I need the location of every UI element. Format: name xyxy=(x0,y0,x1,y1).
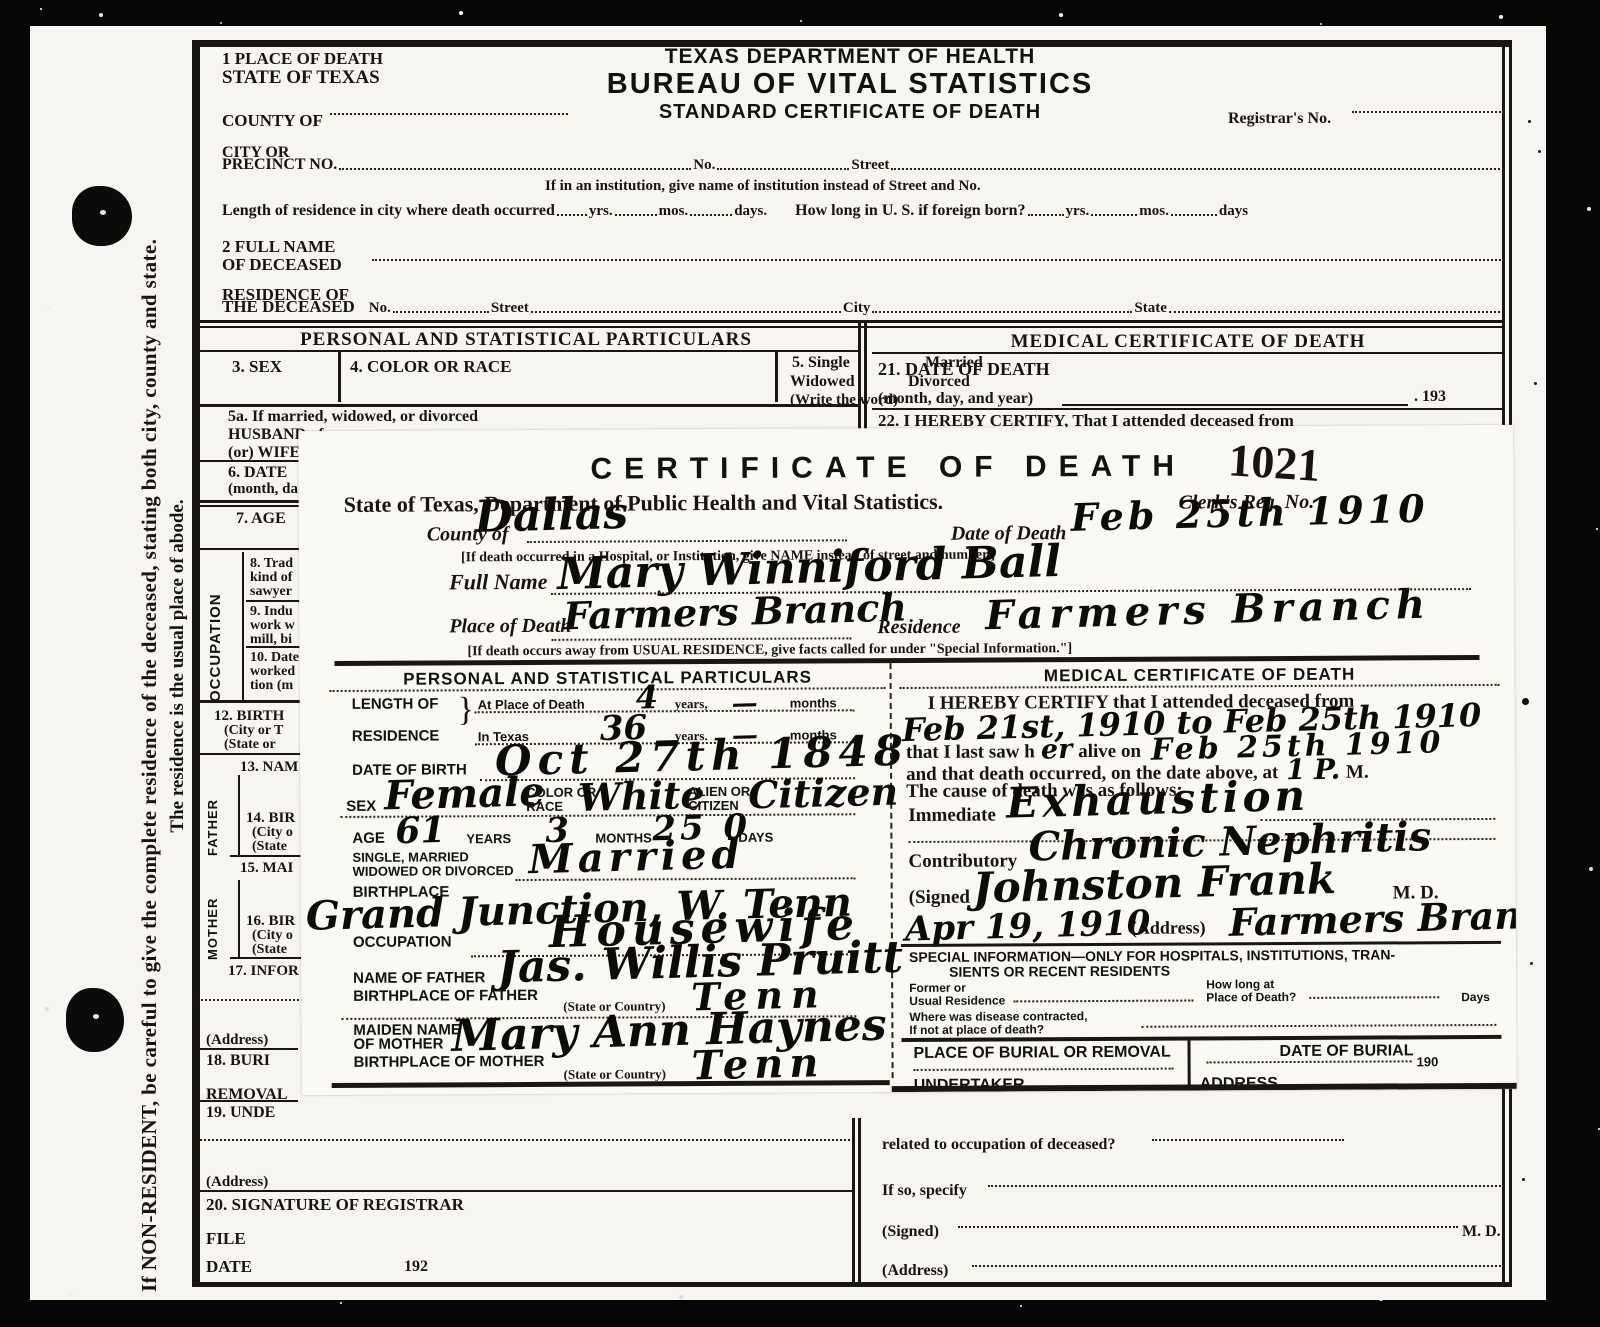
group-bracket xyxy=(242,552,244,700)
field-16-frag: 16. BIR xyxy=(246,913,295,929)
dotted-leader xyxy=(531,310,841,313)
length-residence-row: Length of residence in city where death … xyxy=(222,202,1506,219)
dotted-leader xyxy=(1169,310,1504,313)
field-15-frag: 15. MAI xyxy=(240,860,293,876)
rule xyxy=(196,320,1504,323)
dotted-leader xyxy=(1309,995,1439,999)
place-of-death-value: Farmers Branch xyxy=(563,588,908,635)
mos-label: mos. xyxy=(659,203,689,219)
cell-divider xyxy=(338,352,341,402)
scan-border-left xyxy=(0,0,30,1327)
margin-instructions: If NON-RESIDENT, be careful to give the … xyxy=(138,40,188,1292)
how-long-label: Place of Death? xyxy=(1206,991,1296,1004)
signature-of-registrar-label: 20. SIGNATURE OF REGISTRAR xyxy=(206,1196,464,1214)
rule xyxy=(196,500,312,503)
scanned-death-certificate: If NON-RESIDENT, be careful to give the … xyxy=(0,0,1600,1327)
dotted-leader xyxy=(1152,1138,1344,1141)
age-years-value: 61 xyxy=(395,812,446,849)
dotted-leader xyxy=(330,112,568,115)
age-label: AGE xyxy=(352,831,385,847)
precinct-no-label: PRECINCT NO. xyxy=(222,156,337,173)
birthplace-of-father-label: BIRTHPLACE OF FATHER xyxy=(353,988,538,1005)
field-16-frag: (State xyxy=(252,942,287,957)
rule xyxy=(872,408,1504,410)
rule xyxy=(200,1190,855,1192)
years-cap-label: YEARS xyxy=(466,832,511,846)
rule xyxy=(196,505,312,507)
rule xyxy=(196,326,1504,328)
death-meridiem-value: P. xyxy=(1313,755,1340,784)
header-bureau: BUREAU OF VITAL STATISTICS xyxy=(540,69,1160,99)
brace: } xyxy=(458,692,475,729)
state-label: State xyxy=(1134,300,1167,316)
sex-label: SEX xyxy=(346,799,376,815)
field-place-of-death: 1 PLACE OF DEATH xyxy=(222,50,383,68)
write-line xyxy=(1062,404,1408,406)
dotted-leader xyxy=(1141,1023,1496,1028)
field-8-frag: sawyer xyxy=(250,584,292,599)
column-divider xyxy=(858,322,867,434)
street-label: Street xyxy=(491,300,529,316)
marital-option: 5. Single xyxy=(792,354,850,371)
date-of-burial-label: DATE OF BURIAL xyxy=(1279,1043,1413,1060)
field-12-frag: (City or T xyxy=(224,723,283,738)
field-state-of-texas: STATE OF TEXAS xyxy=(222,68,380,89)
marital-option: Widowed xyxy=(790,373,855,390)
length-months-value: — xyxy=(731,691,758,718)
physician-address-value: Farmers Branch xyxy=(1228,895,1516,942)
dotted-leader xyxy=(615,213,657,216)
dotted-leader xyxy=(198,998,310,1001)
field-6-note: (month, da xyxy=(228,481,298,497)
field-8-frag: 8. Trad xyxy=(250,556,293,571)
field-7-age-label: 7. AGE xyxy=(236,510,286,527)
dotted-leader xyxy=(1207,1059,1412,1063)
rule xyxy=(196,404,858,407)
immediate-label: Immediate xyxy=(908,806,996,827)
overlay-certificate: CERTIFICATE OF DEATH 1021 State of Texas… xyxy=(298,425,1516,1095)
dotted-leader xyxy=(1013,999,1193,1003)
citizen-value: Citizen xyxy=(748,772,899,814)
days-label: days xyxy=(1219,203,1248,219)
dotted-leader xyxy=(393,310,489,313)
dotted-leader xyxy=(1171,213,1217,216)
residence-row: THE DECEASED No. Street City State xyxy=(222,298,1506,316)
rule xyxy=(196,548,306,550)
file-label: FILE xyxy=(206,1230,246,1248)
full-name-label-2: OF DECEASED xyxy=(222,256,342,274)
how-long-label: How long at xyxy=(1206,978,1274,991)
field-14-frag: 14. BIR xyxy=(246,810,295,826)
foreign-born-label: How long in U. S. if foreign born? xyxy=(795,202,1025,219)
certificate-title: CERTIFICATE OF DEATH xyxy=(590,451,1186,486)
address-label: (Address) xyxy=(206,1174,268,1190)
residence-of-label-2: THE DECEASED xyxy=(222,298,355,316)
section-personal-header: PERSONAL AND STATISTICAL PARTICULARS xyxy=(196,330,856,351)
length-of-label: LENGTH OF xyxy=(352,696,439,712)
county-value: Dallas xyxy=(474,492,628,540)
field-sex-label: 3. SEX xyxy=(232,358,282,376)
dotted-leader xyxy=(557,213,587,216)
date-label: DATE xyxy=(206,1258,252,1276)
rule xyxy=(230,957,308,959)
rule xyxy=(332,1080,890,1088)
field-13-frag: 13. NAM xyxy=(240,759,298,775)
rule xyxy=(198,1100,298,1102)
place-of-burial-label: PLACE OF BURIAL OR REMOVAL xyxy=(913,1045,1170,1063)
dotted-leader xyxy=(372,258,1504,261)
dotted-leader xyxy=(1352,110,1504,113)
residence-label: Residence xyxy=(877,617,960,639)
field-5a-wife: (or) WIFE xyxy=(228,444,300,461)
burial-year-prefix: 190 xyxy=(1417,1055,1439,1069)
year-prefix: . 193 xyxy=(1414,388,1446,405)
rule xyxy=(196,700,308,703)
field-6-label: 6. DATE xyxy=(228,464,287,481)
precinct-row: PRECINCT NO. No. Street xyxy=(222,156,1506,173)
scan-border-right xyxy=(1546,0,1600,1327)
rule xyxy=(198,1048,298,1050)
days-label: Days xyxy=(1461,991,1490,1004)
dotted-leader xyxy=(717,167,849,170)
place-of-death-label: Place of Death xyxy=(449,616,571,638)
rule xyxy=(196,753,306,755)
yrs-label: yrs. xyxy=(589,203,613,219)
header-standard-certificate: STANDARD CERTIFICATE OF DEATH xyxy=(540,102,1160,123)
if-so-specify-label: If so, specify xyxy=(882,1182,967,1199)
field-5a-label: 5a. If married, widowed, or divorced xyxy=(228,408,478,425)
residence-texas-label: RESIDENCE xyxy=(352,728,440,744)
marital-value: Married xyxy=(528,835,745,881)
rule xyxy=(196,350,858,352)
scan-noise-black xyxy=(1528,120,1531,123)
institution-note: If in an institution, give name of insti… xyxy=(545,178,981,194)
dotted-leader xyxy=(1091,213,1137,216)
occupation-label: OCCUPATION xyxy=(353,934,452,950)
field-10-frag: 10. Date xyxy=(250,650,299,665)
dotted-leader xyxy=(690,213,732,216)
certify-text: M. xyxy=(1346,763,1369,784)
group-bracket xyxy=(238,880,240,958)
field-9-frag: 9. Indu xyxy=(250,604,293,619)
section-medical-header: MEDICAL CERTIFICATE OF DEATH xyxy=(872,332,1504,353)
dotted-leader xyxy=(475,708,855,713)
dotted-leader xyxy=(891,167,1504,170)
no-label: No. xyxy=(369,300,391,316)
dotted-leader xyxy=(958,1225,1458,1228)
where-contracted-label: If not at place of death? xyxy=(909,1023,1044,1036)
field-date-of-death-label: 21. DATE OF DEATH xyxy=(878,360,1050,379)
dotted-leader xyxy=(1028,213,1064,216)
residence-value: Farmers Branch xyxy=(985,585,1432,637)
field-9-frag: work w xyxy=(250,618,295,633)
signature-date-value: Apr 19, 1910 xyxy=(904,906,1150,946)
state-or-country-label: (State or Country) xyxy=(564,1067,666,1082)
field-10-frag: worked xyxy=(250,664,295,679)
certificate-number: 1021 xyxy=(1227,435,1322,491)
field-14-frag: (State xyxy=(252,839,287,854)
field-12-frag: (State or xyxy=(224,737,276,752)
md-label: M. D. xyxy=(1462,1223,1501,1240)
full-name-label-1: 2 FULL NAME xyxy=(222,238,335,256)
alien-citizen-label: ALIEN OR xyxy=(688,785,750,799)
special-info-header: SIENTS OR RECENT RESIDENTS xyxy=(949,964,1170,980)
county-of-label: COUNTY OF xyxy=(222,112,323,130)
field-17-frag: 17. INFOR xyxy=(228,963,299,979)
form-border-bottom xyxy=(192,1282,1512,1287)
maiden-name-label: OF MOTHER xyxy=(353,1036,443,1052)
field-color-race-label: 4. COLOR OR RACE xyxy=(350,358,512,376)
dotted-leader xyxy=(872,310,1132,313)
signed-label: (Signed xyxy=(909,888,970,909)
cell-divider xyxy=(775,352,778,402)
header-department: TEXAS DEPARTMENT OF HEALTH xyxy=(540,46,1160,68)
punch-hole-bottom xyxy=(66,988,124,1052)
field-19-frag: 19. UNDE xyxy=(206,1104,275,1121)
field-9-frag: mill, bi xyxy=(250,632,292,647)
scan-border-bottom xyxy=(0,1300,1600,1327)
address-label: (Address) xyxy=(1131,918,1206,938)
dotted-leader xyxy=(200,1138,850,1141)
mos-label: mos. xyxy=(1139,203,1169,219)
group-bracket xyxy=(238,775,240,855)
days-label: days. xyxy=(734,203,767,219)
no-label: No. xyxy=(693,157,715,173)
field-8-frag: kind of xyxy=(250,570,292,585)
field-14-frag: (City o xyxy=(252,825,293,840)
related-occupation-label: related to occupation of deceased? xyxy=(882,1136,1115,1153)
dotted-leader xyxy=(972,1264,1504,1267)
dotted-leader xyxy=(988,1184,1504,1187)
address-label: (Address) xyxy=(882,1262,948,1279)
scan-noise-white xyxy=(40,8,42,10)
certificate-subtitle: State of Texas, Department of Public Hea… xyxy=(344,490,944,517)
marital-label: WIDOWED OR DIVORCED xyxy=(353,864,514,878)
length-residence-label: Length of residence in city where death … xyxy=(222,202,555,219)
rule xyxy=(230,855,308,857)
field-18-frag: 18. BURI xyxy=(206,1052,270,1069)
occupation-vertical-label: OCCUPATION xyxy=(208,593,224,702)
yrs-label: yrs. xyxy=(1066,203,1090,219)
city-label: City xyxy=(843,300,871,316)
name-of-father-label: NAME OF FATHER xyxy=(353,970,485,986)
address-label: (Address) xyxy=(206,1032,268,1048)
former-residence-label: Usual Residence xyxy=(909,994,1005,1007)
scan-border-top xyxy=(0,0,1600,26)
dotted-leader xyxy=(551,636,851,641)
date-of-death-note: (month, day, and year) xyxy=(878,390,1033,407)
former-residence-label: Former or xyxy=(909,982,966,995)
signed-label: (Signed) xyxy=(882,1223,939,1240)
field-16-frag: (City o xyxy=(252,928,293,943)
dotted-leader xyxy=(339,167,691,170)
cell-divider xyxy=(1187,1039,1190,1089)
birthplace-of-mother-label: BIRTHPLACE OF MOTHER xyxy=(354,1054,545,1071)
full-name-label: Full Name xyxy=(449,570,548,594)
column-divider xyxy=(852,1118,861,1282)
mother-vertical-label: MOTHER xyxy=(206,898,220,960)
registrars-no-label: Registrar's No. xyxy=(1228,110,1331,127)
field-10-frag: tion (m xyxy=(250,678,293,693)
margin-instruction-line2: The residence is the usual place of abod… xyxy=(168,40,189,1292)
punch-hole-top xyxy=(72,186,132,246)
street-label: Street xyxy=(851,157,889,173)
father-vertical-label: FATHER xyxy=(206,799,220,856)
margin-instruction-line1: If NON-RESIDENT, be careful to give the … xyxy=(138,40,161,1292)
date-year: 192 xyxy=(404,1258,428,1275)
dotted-leader xyxy=(914,1067,1174,1071)
date-of-death-value: Feb 25th 1910 xyxy=(1070,490,1429,537)
field-12-frag: 12. BIRTH xyxy=(214,708,284,724)
